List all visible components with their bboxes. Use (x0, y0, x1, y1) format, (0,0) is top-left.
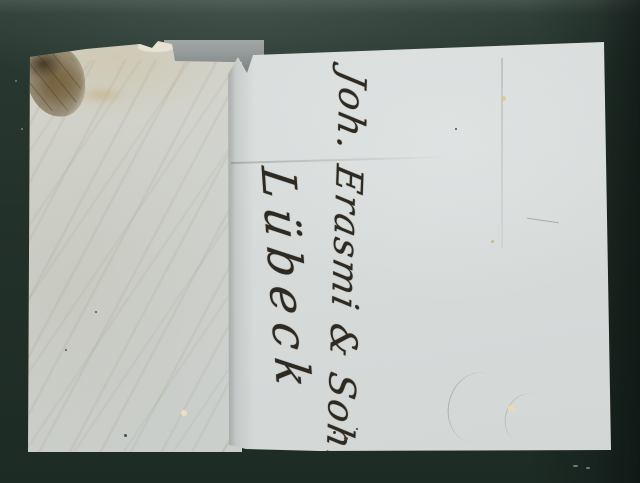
surface-scratch (527, 218, 559, 223)
paper-speck (455, 128, 457, 130)
torn-edge-chip (138, 42, 174, 52)
ink-speck (356, 428, 358, 430)
dust-speck (15, 80, 17, 82)
ghost-writing-showthrough (20, 60, 250, 460)
ink-speck (333, 431, 336, 434)
pencil-mark (440, 366, 517, 451)
paper-fleck (491, 240, 494, 243)
paper-fleck (181, 410, 187, 416)
ink-speck (344, 437, 348, 440)
handwriting-recipient: Joh. Erasmi & Sohn (317, 67, 374, 481)
handwriting-city: Lübeck (249, 164, 321, 399)
fold-crease-vertical (501, 58, 503, 248)
dust-speck (586, 467, 590, 469)
scan-background: Joh. Erasmi & Sohn Lübeck (0, 0, 640, 483)
paper-speck (95, 311, 97, 313)
dust-speck (21, 128, 23, 130)
paper-fleck (508, 405, 515, 412)
paper-fleck (501, 96, 506, 101)
paper-speck (124, 434, 127, 437)
tan-stain-fringe (78, 84, 136, 106)
sheet-edge-shadow (228, 55, 254, 452)
paper-speck (65, 349, 67, 351)
dust-speck (573, 465, 578, 467)
